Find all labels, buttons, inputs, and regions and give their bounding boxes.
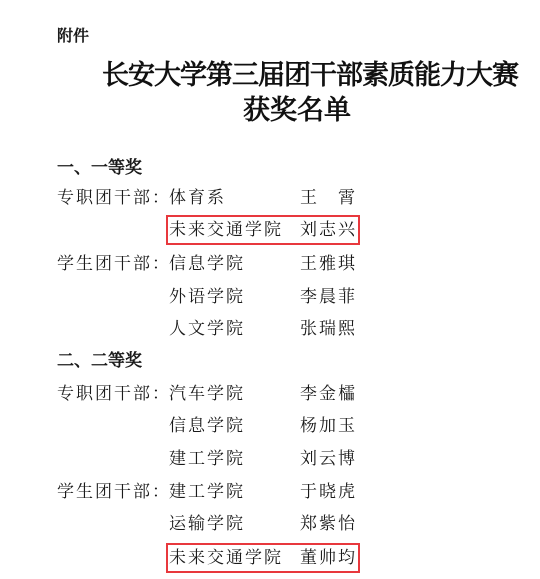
document-subtitle: 获奖名单 — [243, 88, 351, 127]
category-label: 专职团干部： — [57, 186, 167, 210]
unit-name: 未来交通学院 — [169, 546, 283, 570]
winner-name: 王雅琪 — [300, 252, 357, 276]
winner-name: 杨加玉 — [300, 414, 357, 438]
section-heading-second-prize: 二、二等奖 — [57, 350, 142, 372]
document-title: 长安大学第三届团干部素质能力大赛 — [102, 53, 518, 92]
winner-name: 董帅均 — [300, 546, 357, 570]
winner-name: 刘云博 — [300, 447, 357, 471]
unit-name: 汽车学院 — [169, 382, 245, 406]
attachment-label: 附件 — [57, 26, 89, 46]
winner-name: 于晓虎 — [300, 480, 357, 504]
winner-name: 李晨菲 — [300, 285, 357, 309]
unit-name: 外语学院 — [169, 285, 245, 309]
category-label: 专职团干部： — [57, 382, 167, 406]
winner-name: 李金櫺 — [300, 382, 357, 406]
winner-name: 刘志兴 — [300, 218, 357, 242]
unit-name: 体育系 — [169, 186, 226, 210]
section-heading-first-prize: 一、一等奖 — [57, 157, 142, 179]
category-label: 学生团干部： — [57, 252, 167, 276]
unit-name: 信息学院 — [169, 252, 245, 276]
category-label: 学生团干部： — [57, 480, 167, 504]
winner-name: 王 霄 — [300, 186, 357, 210]
unit-name: 未来交通学院 — [169, 218, 283, 242]
unit-name: 建工学院 — [169, 447, 245, 471]
unit-name: 信息学院 — [169, 414, 245, 438]
winner-name: 郑紫怡 — [300, 512, 357, 536]
unit-name: 建工学院 — [169, 480, 245, 504]
unit-name: 人文学院 — [169, 317, 245, 341]
winner-name: 张瑞熙 — [300, 317, 357, 341]
unit-name: 运输学院 — [169, 512, 245, 536]
